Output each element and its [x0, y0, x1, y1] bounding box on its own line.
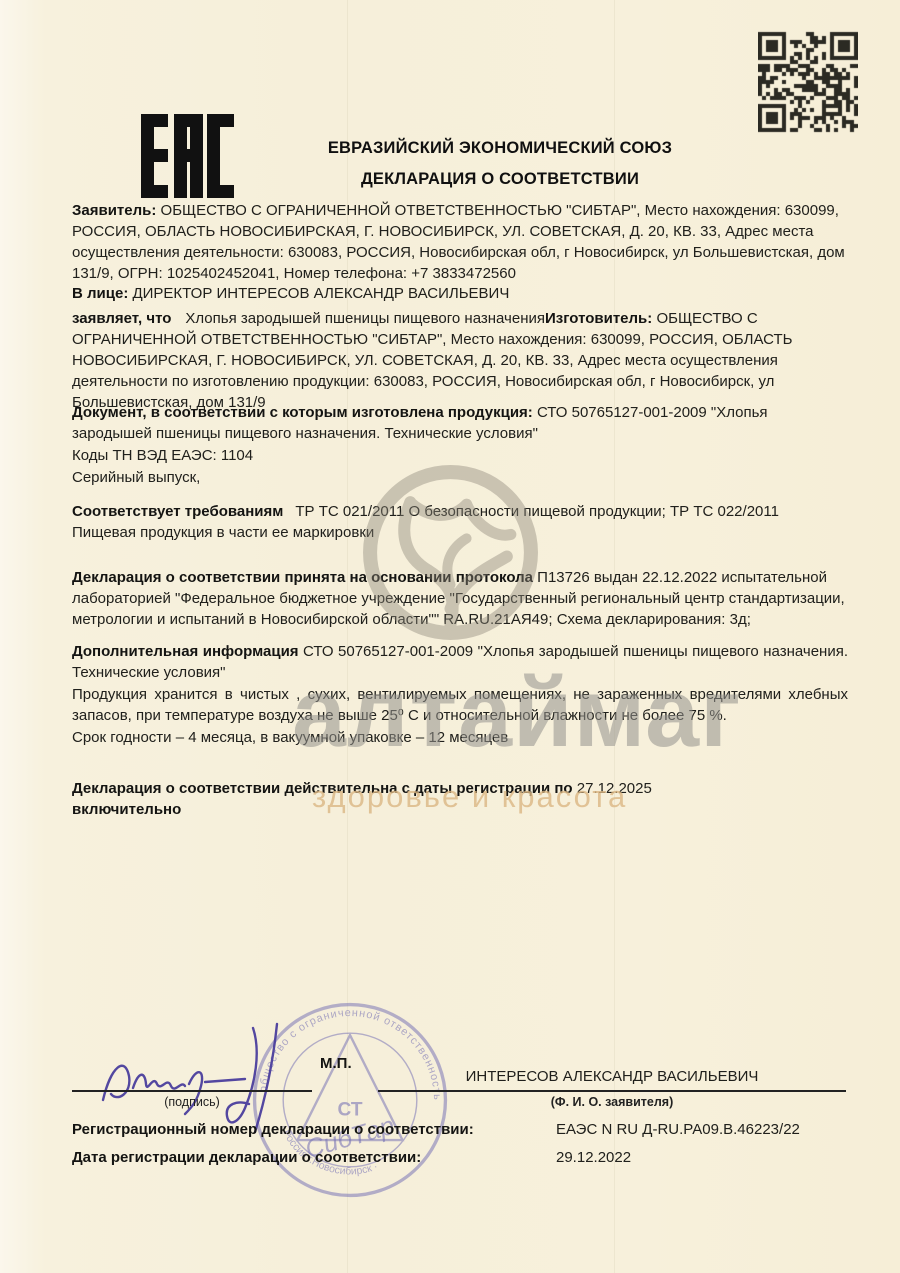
applicant-name: ИНТЕРЕСОВ АЛЕКСАНДР ВАСИЛЬЕВИЧ [378, 1066, 846, 1087]
shelf-life: Срок годности – 4 месяца, в вакуумной уп… [72, 727, 848, 748]
manufacturer-label: Изготовитель: [545, 310, 652, 327]
union-title: ЕВРАЗИЙСКИЙ ЭКОНОМИЧЕСКИЙ СОЮЗ [72, 138, 888, 159]
in-person-text: ДИРЕКТОР ИНТЕРЕСОВ АЛЕКСАНДР ВАСИЛЬЕВИЧ [132, 285, 509, 302]
signature-caption: (подпись) [72, 1095, 312, 1109]
in-person-paragraph: В лице: ДИРЕКТОР ИНТЕРЕСОВ АЛЕКСАНДР ВАС… [72, 283, 848, 304]
registration-number-value: ЕАЭС N RU Д-RU.РА09.В.46223/22 [556, 1119, 800, 1140]
validity-paragraph: Декларация о соответствии действительна … [72, 778, 832, 820]
serial-issue: Серийный выпуск, [72, 467, 848, 488]
declares-label: заявляет, что [72, 310, 185, 327]
declarant-paragraph: Заявитель: ОБЩЕСТВО С ОГРАНИЧЕННОЙ ОТВЕТ… [72, 200, 848, 284]
additional-info-paragraph: Дополнительная информация СТО 50765127-0… [72, 641, 848, 683]
product-name: Хлопья зародышей пшеницы пищевого назнач… [185, 310, 545, 327]
seal-mark-label: М.П. [320, 1053, 380, 1074]
document-title: ДЕКЛАРАЦИЯ О СООТВЕТСТВИИ [72, 169, 888, 190]
registration-number-label: Регистрационный номер декларации о соотв… [72, 1119, 556, 1140]
basis-paragraph: Декларация о соответствии принята на осн… [72, 567, 848, 630]
validity-label: Декларация о соответствии действительна … [72, 780, 573, 797]
additional-info-label: Дополнительная информация [72, 643, 299, 660]
stamp-emblem-text: СТ [338, 1099, 363, 1120]
registration-number-row: Регистрационный номер декларации о соотв… [72, 1119, 848, 1140]
declares-paragraph: заявляет, чтоХлопья зародышей пшеницы пи… [72, 308, 848, 413]
storage-conditions: Продукция хранится в чистых , сухих, вен… [72, 684, 848, 726]
product-document-paragraph: Документ, в соответствии с которым изгот… [72, 402, 848, 444]
validity-date: 27.12.2025 [577, 780, 652, 797]
declarant-text: ОБЩЕСТВО С ОГРАНИЧЕННОЙ ОТВЕТСТВЕННОСТЬЮ… [72, 202, 845, 282]
registration-date-value: 29.12.2022 [556, 1147, 631, 1168]
registration-date-row: Дата регистрации декларации о соответств… [72, 1147, 848, 1168]
qr-code-icon [758, 30, 858, 139]
tnved-codes: Коды ТН ВЭД ЕАЭС: 1104 [72, 445, 848, 466]
validity-suffix: включительно [72, 801, 181, 818]
declarant-label: Заявитель: [72, 202, 156, 219]
signature-line [72, 1090, 312, 1092]
document-page: ЕВРАЗИЙСКИЙ ЭКОНОМИЧЕСКИЙ СОЮЗ ДЕКЛАРАЦИ… [0, 0, 900, 1273]
compliance-paragraph: Соответствует требованиямТР ТС 021/2011 … [72, 501, 824, 543]
compliance-label: Соответствует требованиям [72, 503, 295, 520]
name-caption: (Ф. И. О. заявителя) [378, 1095, 846, 1109]
paper-fold-line [347, 0, 348, 1273]
registration-date-label: Дата регистрации декларации о соответств… [72, 1147, 556, 1168]
basis-label: Декларация о соответствии принята на осн… [72, 569, 533, 586]
name-line [378, 1090, 846, 1092]
in-person-label: В лице: [72, 285, 128, 302]
product-document-label: Документ, в соответствии с которым изгот… [72, 404, 533, 421]
